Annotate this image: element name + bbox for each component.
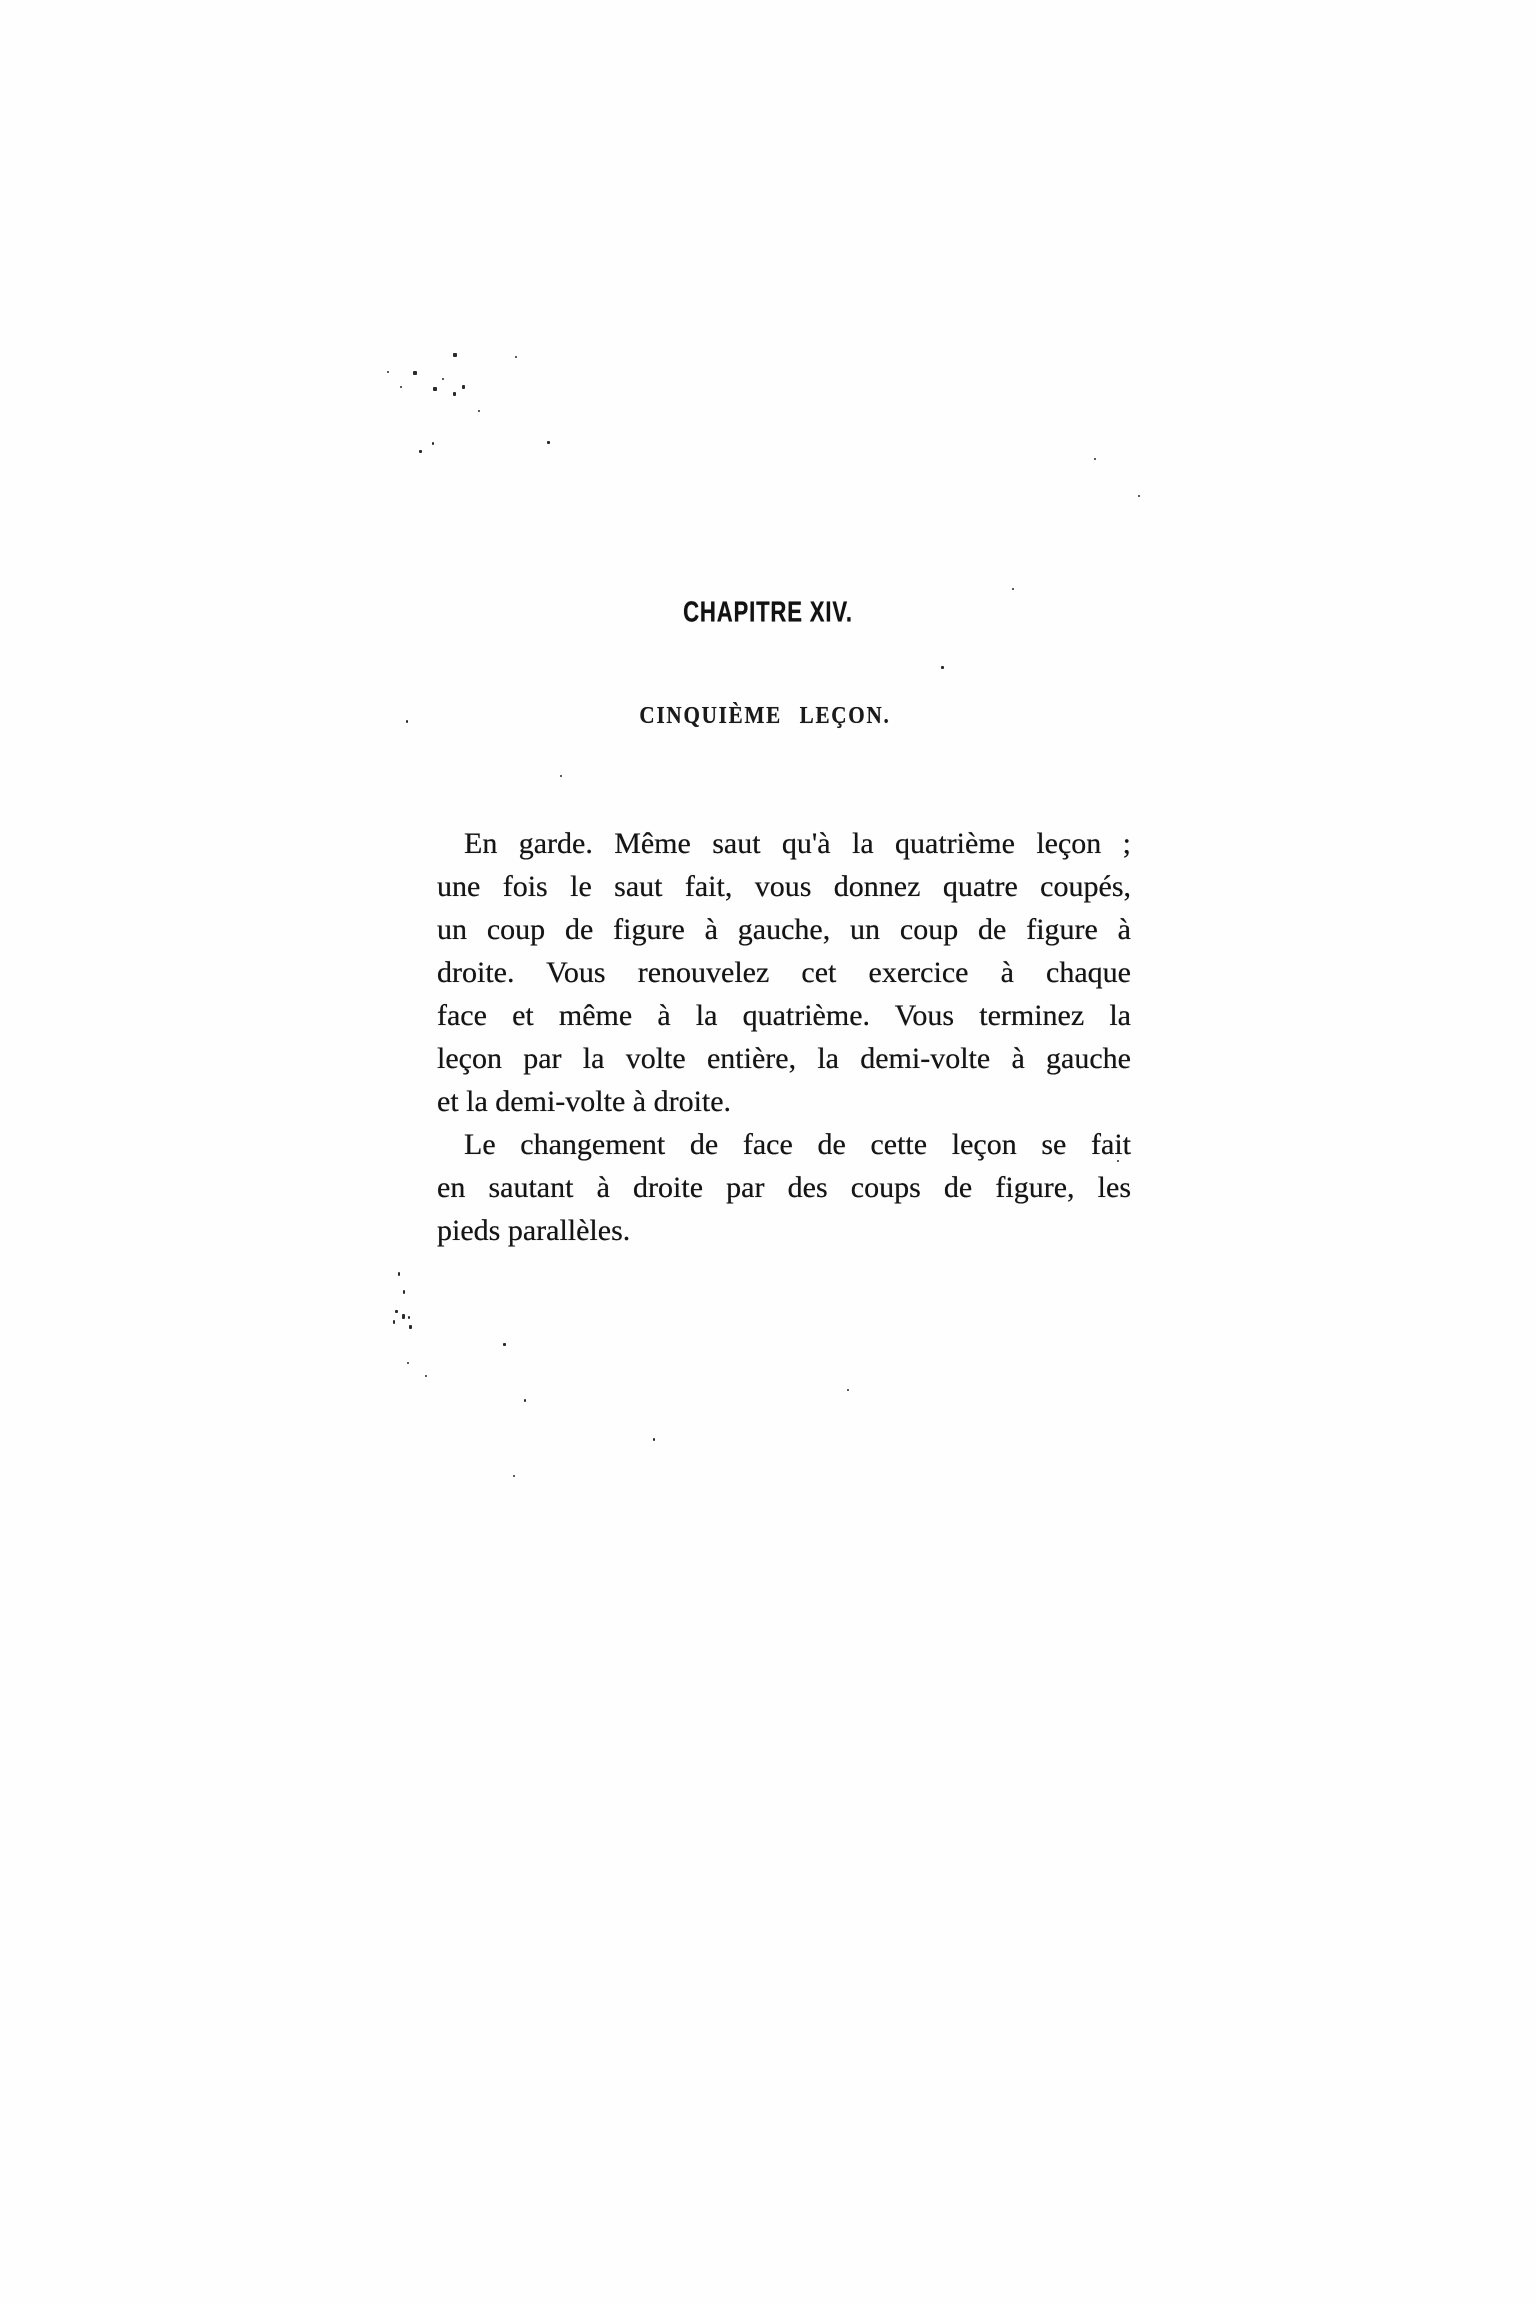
lesson-heading: CINQUIÈME LEÇON. [92, 703, 1438, 730]
text-line: leçon par la volte entière, la demi-volt… [437, 1037, 1131, 1080]
paragraph: En garde. Même saut qu'à la quatrième le… [437, 822, 1131, 1123]
body-text: En garde. Même saut qu'à la quatrième le… [437, 822, 1131, 1252]
scan-speckle [393, 1320, 395, 1324]
scan-speckle [503, 1343, 506, 1346]
scan-speckle [398, 1272, 400, 1276]
scan-speckle [402, 1314, 405, 1319]
scan-speckle [407, 1362, 409, 1364]
text-line: Le changement de face de cette leçon se … [437, 1123, 1131, 1166]
text-line: droite. Vous renouvelez cet exercice à c… [437, 951, 1131, 994]
scan-speckle [400, 386, 402, 388]
scan-speckle [1138, 495, 1140, 497]
text-line: face et même à la quatrième. Vous termin… [437, 994, 1131, 1037]
scan-speckle [406, 720, 408, 723]
text-line: et la demi-volte à droite. [437, 1080, 1131, 1123]
text-line: En garde. Même saut qu'à la quatrième le… [437, 822, 1131, 865]
scan-speckle [547, 441, 550, 444]
paragraph: Le changement de face de cette leçon se … [437, 1123, 1131, 1252]
scan-speckle [653, 1438, 655, 1441]
scan-speckle [409, 1325, 412, 1329]
scan-speckle [419, 450, 422, 453]
text-line: pieds parallèles. [437, 1209, 1131, 1252]
scan-speckle [413, 371, 417, 375]
text-line: une fois le saut fait, vous donnez quatr… [437, 865, 1131, 908]
scan-speckle [432, 442, 434, 445]
scan-speckle [847, 1389, 849, 1391]
scan-speckle [403, 1290, 405, 1294]
scan-speckle [524, 1399, 526, 1402]
scan-speckle [462, 385, 465, 389]
scan-speckle [478, 410, 480, 412]
scan-speckle [941, 666, 944, 669]
scanned-book-page: CHAPITRE XIV. CINQUIÈME LEÇON. En garde.… [0, 0, 1536, 2304]
scan-speckle [453, 353, 457, 357]
scan-speckle [453, 392, 456, 396]
chapter-heading: CHAPITRE XIV. [138, 596, 1398, 629]
scan-speckle [1012, 588, 1014, 590]
scan-speckle [433, 387, 437, 391]
scan-speckle [425, 1375, 427, 1377]
scan-speckle [1117, 1160, 1119, 1162]
scan-speckle [387, 371, 389, 373]
scan-speckle [1094, 458, 1096, 460]
scan-speckle [513, 1475, 515, 1477]
scan-speckle [560, 775, 562, 777]
scan-speckle [395, 1310, 398, 1313]
scan-speckle [515, 356, 517, 358]
text-line: en sautant à droite par des coups de fig… [437, 1166, 1131, 1209]
scan-speckle [408, 1316, 410, 1319]
text-line: un coup de figure à gauche, un coup de f… [437, 908, 1131, 951]
scan-speckle [442, 378, 444, 380]
